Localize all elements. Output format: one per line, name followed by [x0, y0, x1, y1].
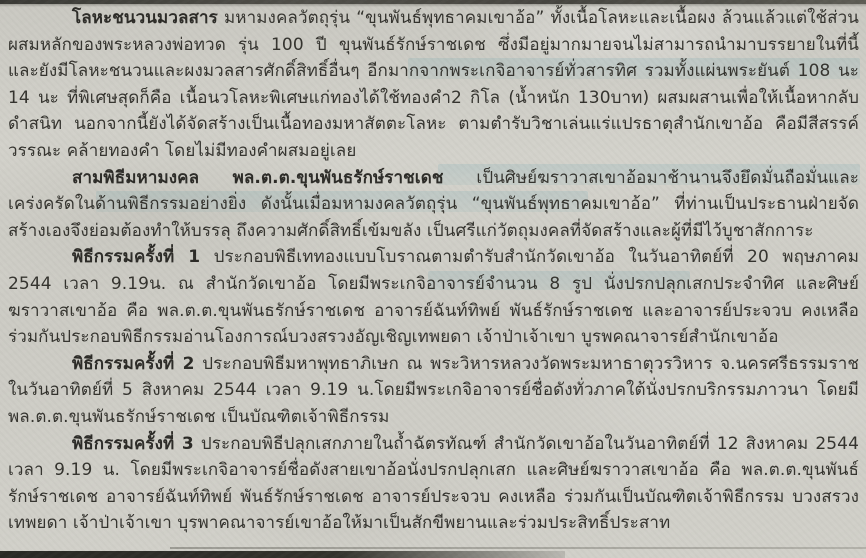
paragraph-lead: โลหะชนวนมวลสาร: [72, 8, 218, 28]
paragraph-ceremony-2: พิธีกรรมครั้งที่ 2 ประกอบพิธีมหาพุทธาภิเ…: [8, 351, 859, 431]
paragraph-lead: สามพิธีมหามงคล พล.ต.ต.ขุนพันธรักษ์ราชเดช: [72, 168, 443, 188]
paragraph-three-ceremonies: สามพิธีมหามงคล พล.ต.ต.ขุนพันธรักษ์ราชเดช…: [8, 165, 859, 245]
paragraph-ceremony-3: พิธีกรรมครั้งที่ 3 ประกอบพิธีปลุกเสกภายใ…: [8, 431, 859, 537]
document-text: โลหะชนวนมวลสาร มหามงคลวัตถุรุ่น “ขุนพันธ…: [8, 5, 859, 537]
paragraph-lead: พิธีกรรมครั้งที่ 3: [72, 434, 194, 454]
paragraph-lead: พิธีกรรมครั้งที่ 2: [72, 354, 195, 374]
scan-edge-bottom-rule: [170, 547, 866, 549]
paragraph-lead: พิธีกรรมครั้งที่ 1: [72, 247, 200, 267]
paragraph-body: มหามงคลวัตถุรุ่น “ขุนพันธ์พุทธาคมเขาอ้อ”…: [8, 8, 859, 161]
paragraph-materials: โลหะชนวนมวลสาร มหามงคลวัตถุรุ่น “ขุนพันธ…: [8, 5, 859, 165]
scanned-document-page: โลหะชนวนมวลสาร มหามงคลวัตถุรุ่น “ขุนพันธ…: [0, 0, 866, 558]
paragraph-ceremony-1: พิธีกรรมครั้งที่ 1 ประกอบพิธีเททองแบบโบร…: [8, 244, 859, 350]
scan-edge-bottom: [0, 551, 565, 558]
